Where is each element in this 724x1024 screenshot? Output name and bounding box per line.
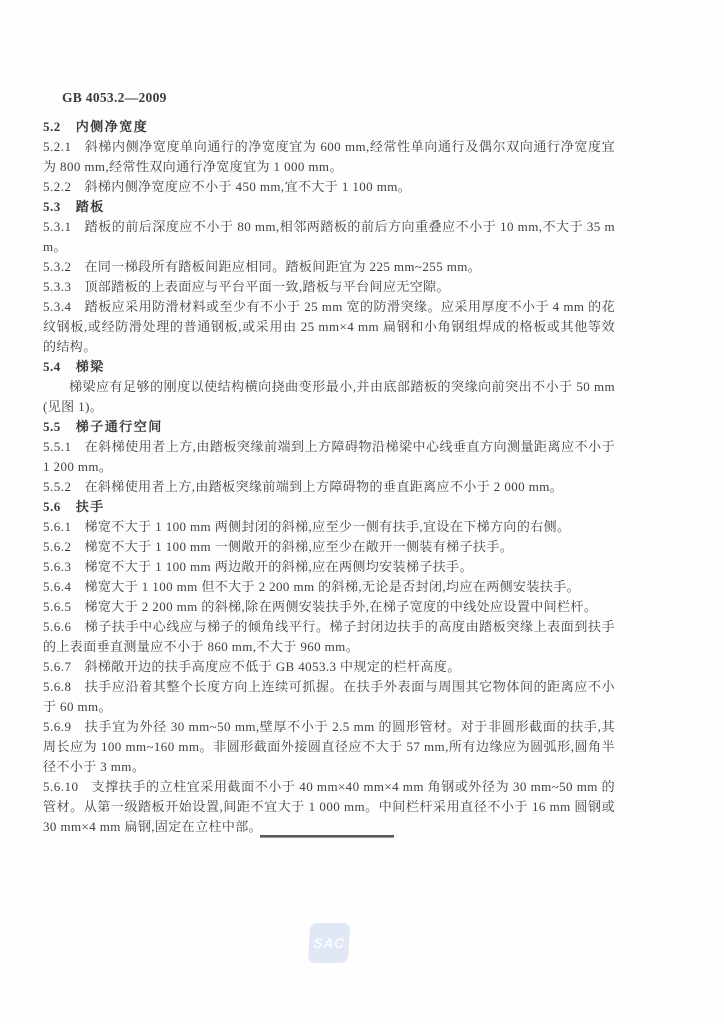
clause-number: 5.3.4 bbox=[43, 299, 72, 314]
clause-text: 梯宽不大于 1 100 mm 两边敞开的斜梯,应在两侧均安装梯子扶手。 bbox=[85, 559, 473, 574]
clause-paragraph: 5.2.1斜梯内侧净宽度单向通行的净宽度宜为 600 mm,经常性单向通行及偶尔… bbox=[43, 137, 615, 177]
section-heading: 5.4梯梁 bbox=[43, 357, 615, 377]
sac-watermark-logo: SAC bbox=[308, 923, 351, 963]
clause-text: 在同一梯段所有踏板间距应相同。踏板间距宜为 225 mm~255 mm。 bbox=[85, 259, 482, 274]
clause-text: 梯宽不大于 1 100 mm 两侧封闭的斜梯,应至少一侧有扶手,宜设在下梯方向的… bbox=[85, 519, 571, 534]
end-of-text-divider bbox=[260, 835, 394, 838]
clause-text: 在斜梯使用者上方,由踏板突缘前端到上方障碍物的垂直距离应不小于 2 000 mm… bbox=[85, 479, 564, 494]
clause-number: 5.5 bbox=[43, 419, 61, 434]
clause-text: 斜梯内侧净宽度应不小于 450 mm,宜不大于 1 100 mm。 bbox=[85, 179, 412, 194]
section-heading: 5.3踏板 bbox=[43, 197, 615, 217]
clause-text: 支撑扶手的立柱宜采用截面不小于 40 mm×40 mm×4 mm 角钢或外径为 … bbox=[43, 779, 615, 834]
document-page: GB 4053.2—2009 5.2内侧净宽度5.2.1斜梯内侧净宽度单向通行的… bbox=[0, 0, 724, 1024]
clause-paragraph: 5.6.3梯宽不大于 1 100 mm 两边敞开的斜梯,应在两侧均安装梯子扶手。 bbox=[43, 557, 615, 577]
clause-number: 5.6.1 bbox=[43, 519, 72, 534]
document-body: 5.2内侧净宽度5.2.1斜梯内侧净宽度单向通行的净宽度宜为 600 mm,经常… bbox=[43, 117, 615, 837]
clause-text: 梯梁 bbox=[76, 359, 105, 374]
clause-text: 扶手 bbox=[76, 499, 105, 514]
clause-number: 5.6.2 bbox=[43, 539, 72, 554]
clause-text: 扶手应沿着其整个长度方向上连续可抓握。在扶手外表面与周围其它物体间的距离应不小于… bbox=[43, 679, 615, 714]
clause-paragraph: 5.6.1梯宽不大于 1 100 mm 两侧封闭的斜梯,应至少一侧有扶手,宜设在… bbox=[43, 517, 615, 537]
clause-text: 斜梯内侧净宽度单向通行的净宽度宜为 600 mm,经常性单向通行及偶尔双向通行净… bbox=[43, 139, 615, 174]
clause-number: 5.3.2 bbox=[43, 259, 72, 274]
clause-paragraph: 5.5.2在斜梯使用者上方,由踏板突缘前端到上方障碍物的垂直距离应不小于 2 0… bbox=[43, 477, 615, 497]
clause-text: 斜梯敞开边的扶手高度应不低于 GB 4053.3 中规定的栏杆高度。 bbox=[85, 659, 461, 674]
clause-number: 5.6.8 bbox=[43, 679, 72, 694]
clause-number: 5.2.2 bbox=[43, 179, 72, 194]
clause-paragraph: 5.6.6梯子扶手中心线应与梯子的倾角线平行。梯子封闭边扶手的高度由踏板突缘上表… bbox=[43, 617, 615, 657]
clause-number: 5.6.4 bbox=[43, 579, 72, 594]
clause-number: 5.5.1 bbox=[43, 439, 72, 454]
clause-number: 5.3 bbox=[43, 199, 61, 214]
clause-text: 梯宽大于 2 200 mm 的斜梯,除在两侧安装扶手外,在梯子宽度的中线处应设置… bbox=[85, 599, 598, 614]
clause-paragraph: 5.6.7斜梯敞开边的扶手高度应不低于 GB 4053.3 中规定的栏杆高度。 bbox=[43, 657, 615, 677]
clause-number: 5.6 bbox=[43, 499, 61, 514]
clause-paragraph: 5.6.9扶手宜为外径 30 mm~50 mm,壁厚不小于 2.5 mm 的圆形… bbox=[43, 717, 615, 777]
clause-number: 5.2.1 bbox=[43, 139, 72, 154]
clause-number: 5.5.2 bbox=[43, 479, 72, 494]
clause-number: 5.6.5 bbox=[43, 599, 72, 614]
clause-number: 5.2 bbox=[43, 119, 61, 134]
clause-number: 5.6.6 bbox=[43, 619, 72, 634]
clause-text: 梯宽大于 1 100 mm 但不大于 2 200 mm 的斜梯,无论是否封闭,均… bbox=[85, 579, 581, 594]
clause-number: 5.6.10 bbox=[43, 779, 79, 794]
clause-paragraph: 5.3.1踏板的前后深度应不小于 80 mm,相邻两踏板的前后方向重叠应不小于 … bbox=[43, 217, 615, 257]
standard-number-header: GB 4053.2—2009 bbox=[62, 90, 167, 106]
clause-paragraph: 5.6.8扶手应沿着其整个长度方向上连续可抓握。在扶手外表面与周围其它物体间的距… bbox=[43, 677, 615, 717]
clause-paragraph: 5.6.10支撑扶手的立柱宜采用截面不小于 40 mm×40 mm×4 mm 角… bbox=[43, 777, 615, 837]
section-heading: 5.2内侧净宽度 bbox=[43, 117, 615, 137]
clause-number: 5.3.3 bbox=[43, 279, 72, 294]
clause-text: 梯梁应有足够的刚度以使结构横向挠曲变形最小,并由底部踏板的突缘向前突出不小于 5… bbox=[43, 379, 615, 414]
clause-number: 5.6.9 bbox=[43, 719, 72, 734]
clause-text: 顶部踏板的上表面应与平台平面一致,踏板与平台间应无空隙。 bbox=[85, 279, 450, 294]
clause-text: 梯宽不大于 1 100 mm 一侧敞开的斜梯,应至少在敞开一侧装有梯子扶手。 bbox=[85, 539, 514, 554]
clause-paragraph: 5.2.2斜梯内侧净宽度应不小于 450 mm,宜不大于 1 100 mm。 bbox=[43, 177, 615, 197]
clause-paragraph: 5.3.3顶部踏板的上表面应与平台平面一致,踏板与平台间应无空隙。 bbox=[43, 277, 615, 297]
clause-text: 扶手宜为外径 30 mm~50 mm,壁厚不小于 2.5 mm 的圆形管材。对于… bbox=[43, 719, 615, 774]
clause-text: 踏板应采用防滑材料或至少有不小于 25 mm 宽的防滑突缘。应采用厚度不小于 4… bbox=[43, 299, 615, 354]
clause-number: 5.4 bbox=[43, 359, 61, 374]
clause-number: 5.6.3 bbox=[43, 559, 72, 574]
clause-paragraph: 梯梁应有足够的刚度以使结构横向挠曲变形最小,并由底部踏板的突缘向前突出不小于 5… bbox=[43, 377, 615, 417]
clause-number: 5.6.7 bbox=[43, 659, 72, 674]
clause-paragraph: 5.5.1在斜梯使用者上方,由踏板突缘前端到上方障碍物沿梯梁中心线垂直方向测量距… bbox=[43, 437, 615, 477]
clause-text: 内侧净宽度 bbox=[76, 119, 149, 134]
clause-text: 在斜梯使用者上方,由踏板突缘前端到上方障碍物沿梯梁中心线垂直方向测量距离应不小于… bbox=[43, 439, 615, 474]
clause-text: 梯子通行空间 bbox=[76, 419, 163, 434]
clause-text: 踏板的前后深度应不小于 80 mm,相邻两踏板的前后方向重叠应不小于 10 mm… bbox=[43, 219, 615, 254]
clause-text: 梯子扶手中心线应与梯子的倾角线平行。梯子封闭边扶手的高度由踏板突缘上表面到扶手的… bbox=[43, 619, 615, 654]
clause-paragraph: 5.6.4梯宽大于 1 100 mm 但不大于 2 200 mm 的斜梯,无论是… bbox=[43, 577, 615, 597]
section-heading: 5.5梯子通行空间 bbox=[43, 417, 615, 437]
clause-paragraph: 5.3.4踏板应采用防滑材料或至少有不小于 25 mm 宽的防滑突缘。应采用厚度… bbox=[43, 297, 615, 357]
clause-number: 5.3.1 bbox=[43, 219, 72, 234]
clause-text: 踏板 bbox=[76, 199, 105, 214]
section-heading: 5.6扶手 bbox=[43, 497, 615, 517]
clause-paragraph: 5.6.5梯宽大于 2 200 mm 的斜梯,除在两侧安装扶手外,在梯子宽度的中… bbox=[43, 597, 615, 617]
clause-paragraph: 5.3.2在同一梯段所有踏板间距应相同。踏板间距宜为 225 mm~255 mm… bbox=[43, 257, 615, 277]
clause-paragraph: 5.6.2梯宽不大于 1 100 mm 一侧敞开的斜梯,应至少在敞开一侧装有梯子… bbox=[43, 537, 615, 557]
